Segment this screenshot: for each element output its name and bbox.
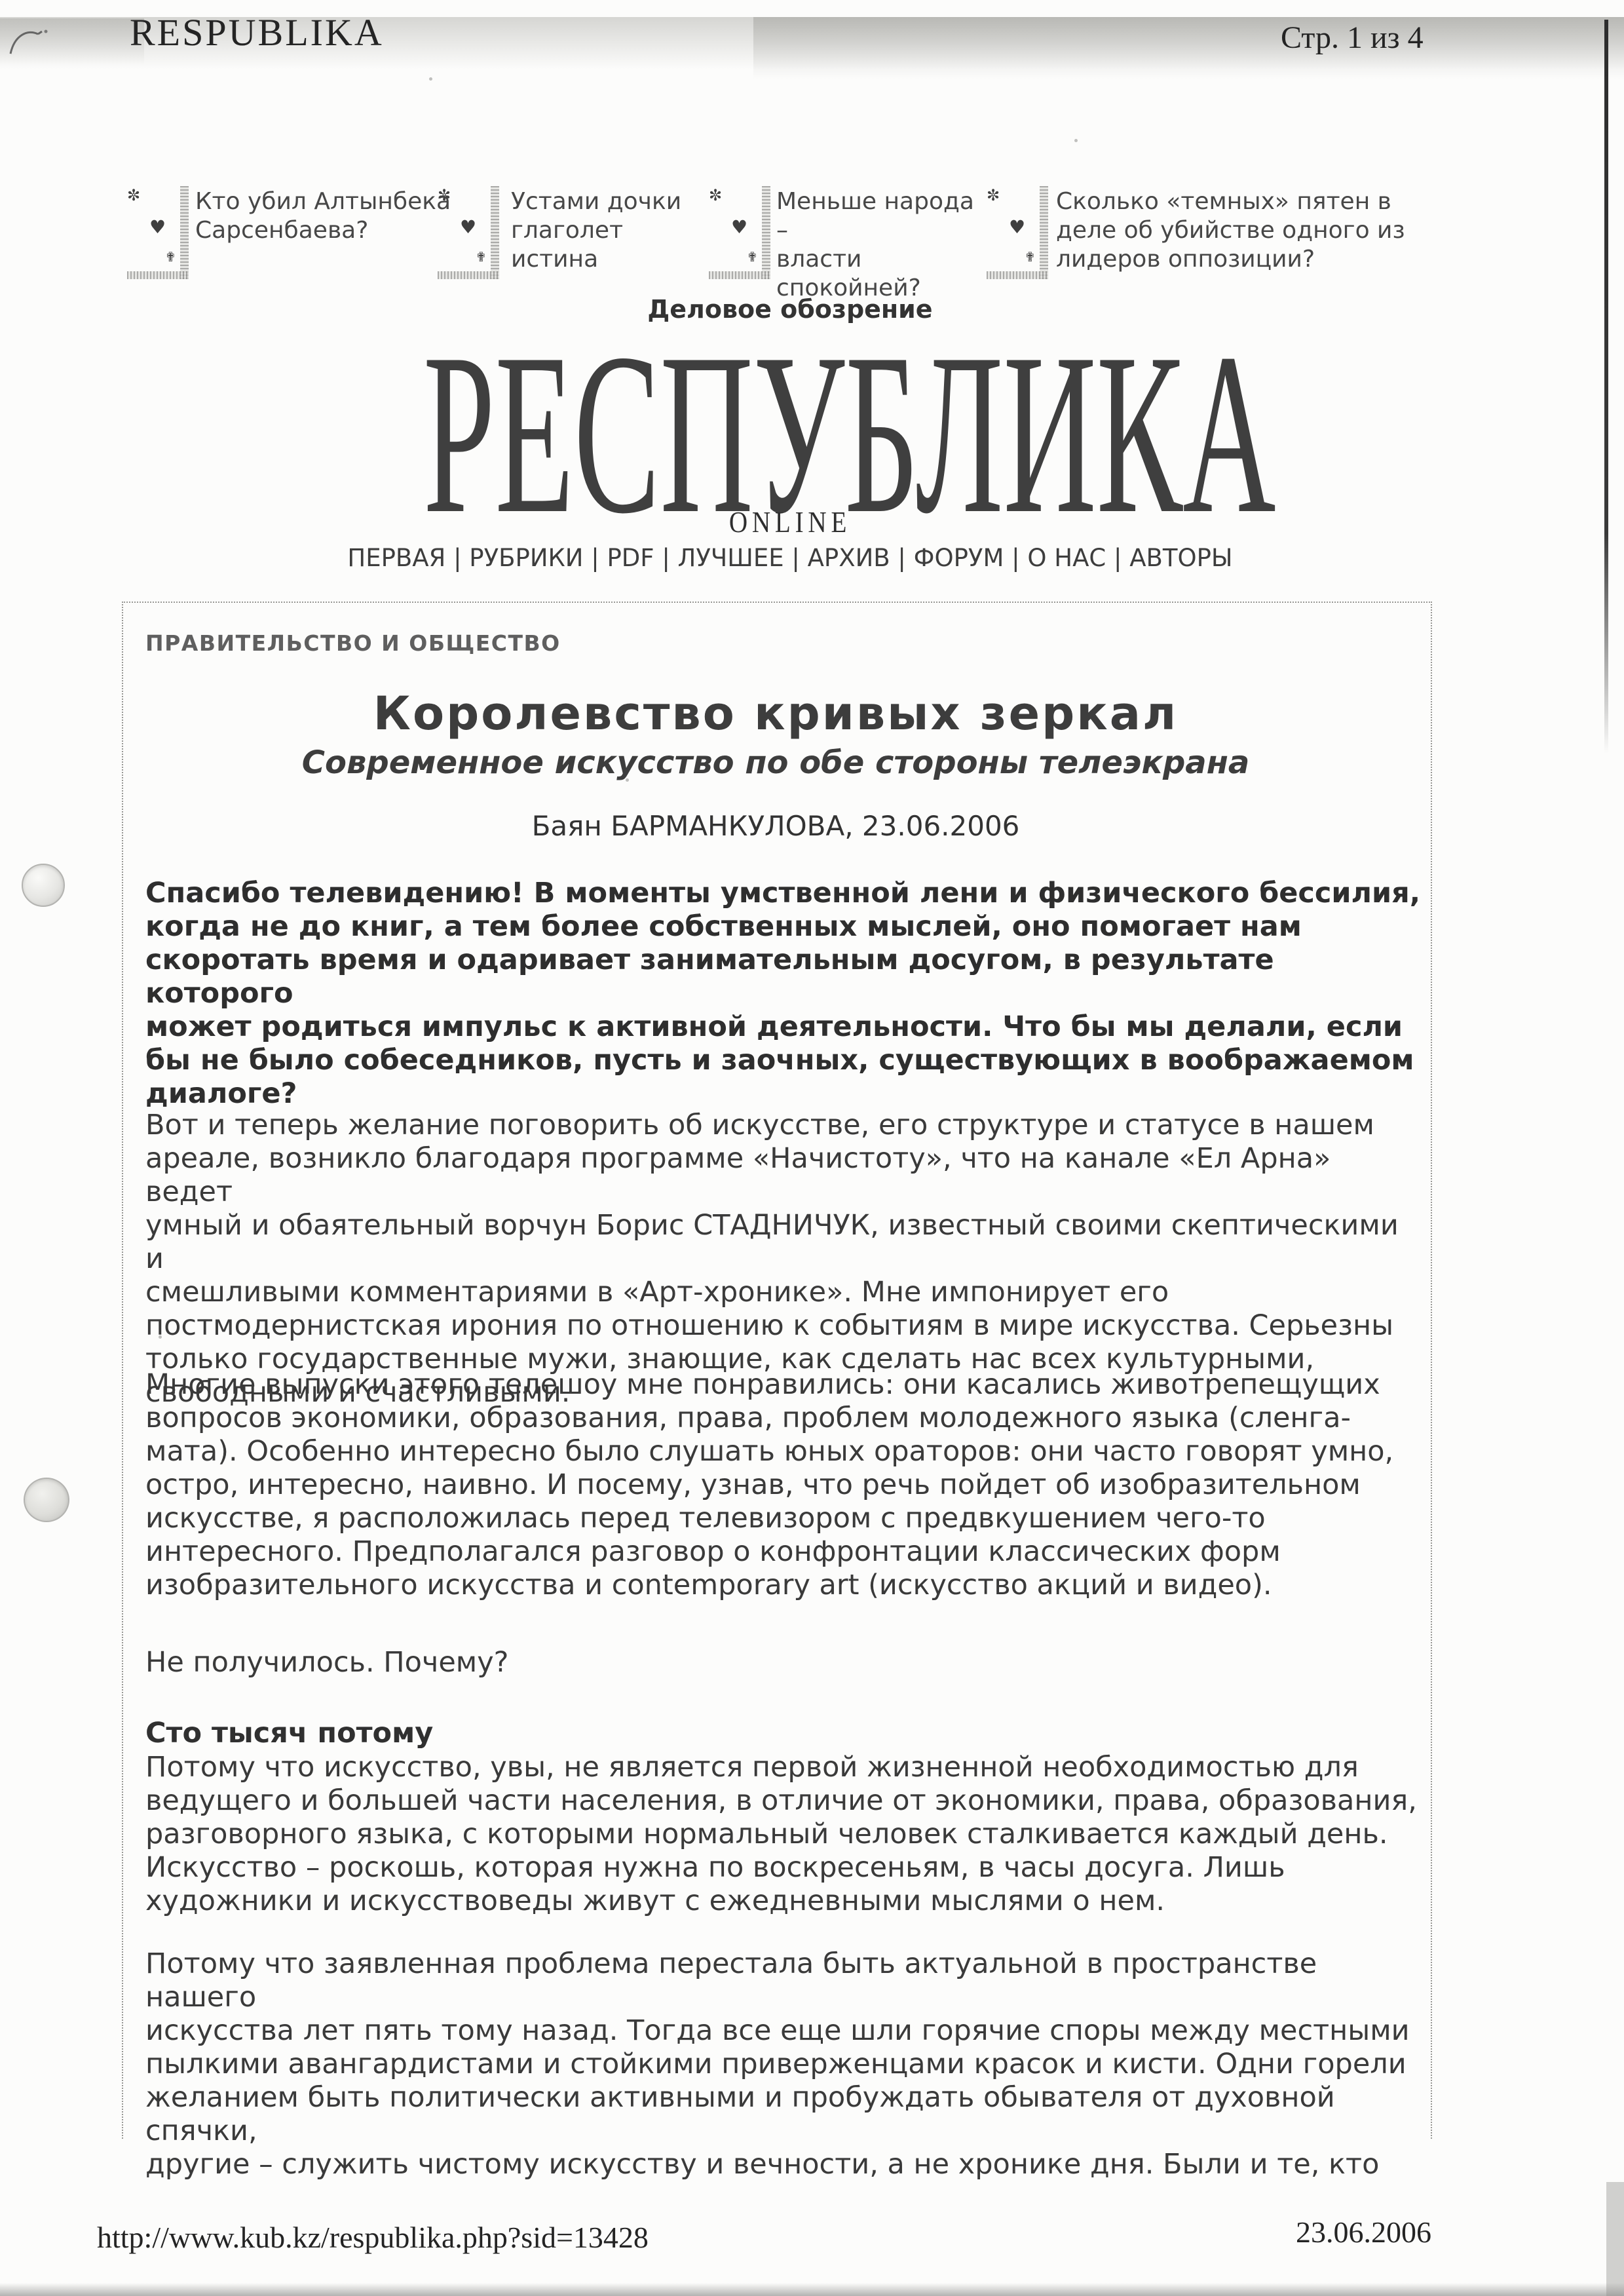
binder-hole bbox=[24, 1478, 69, 1522]
placeholder-cross-icon: ✟ bbox=[1025, 249, 1036, 265]
teaser-link-1: Кто убил Алтынбека Сарсенбаева? bbox=[195, 187, 470, 245]
scan-pen-curl-artifact bbox=[5, 25, 51, 61]
print-footer-date: 23.06.2006 bbox=[1296, 2215, 1431, 2249]
teaser-link-4: Сколько «темных» пятен в деле об убийств… bbox=[1056, 187, 1410, 274]
scan-speck bbox=[1074, 139, 1078, 142]
binder-hole bbox=[22, 864, 65, 907]
teaser-link-3: Меньше народа – власти спокойней? bbox=[776, 187, 992, 303]
placeholder-heart-icon: ♥ bbox=[460, 216, 476, 238]
teaser-image-placeholder-icon: ✼ ♥ ✟ bbox=[705, 186, 770, 279]
placeholder-cross-icon: ✟ bbox=[476, 249, 487, 265]
teaser-image-placeholder-icon: ✼ ♥ ✟ bbox=[434, 186, 499, 279]
article-paragraph: Потому что заявленная проблема перестала… bbox=[145, 1947, 1423, 2181]
article-paragraph: Не получилось. Почему? bbox=[145, 1646, 1423, 1679]
placeholder-heart-icon: ♥ bbox=[1009, 216, 1025, 238]
teaser-link-2: Устами дочки глаголет истина bbox=[511, 187, 721, 274]
scan-edge-band bbox=[1606, 2182, 1624, 2296]
placeholder-star-icon: ✼ bbox=[438, 186, 451, 204]
placeholder-heart-icon: ♥ bbox=[149, 216, 166, 238]
article-paragraph: Потому что искусство, увы, не является п… bbox=[145, 1751, 1423, 1918]
placeholder-border bbox=[762, 186, 770, 279]
placeholder-border bbox=[1040, 186, 1048, 279]
article-category: ПРАВИТЕЛЬСТВО И ОБЩЕСТВО bbox=[145, 630, 561, 656]
masthead-edition-label: ONLINE bbox=[233, 505, 1347, 539]
article-title: Королевство кривых зеркал bbox=[122, 687, 1429, 740]
placeholder-border bbox=[491, 186, 499, 279]
print-footer-url: http://www.kub.kz/respublika.php?sid=134… bbox=[97, 2220, 649, 2255]
placeholder-heart-icon: ♥ bbox=[731, 216, 747, 238]
scanned-page: RESPUBLIKA Стр. 1 из 4 ✼ ♥ ✟ Кто убил Ал… bbox=[0, 0, 1624, 2296]
placeholder-border bbox=[127, 271, 189, 279]
placeholder-star-icon: ✼ bbox=[709, 186, 722, 204]
teaser-image-placeholder-icon: ✼ ♥ ✟ bbox=[123, 186, 189, 279]
placeholder-border bbox=[709, 271, 770, 279]
placeholder-border bbox=[180, 186, 189, 279]
placeholder-cross-icon: ✟ bbox=[747, 249, 758, 265]
print-header-title: RESPUBLIKA bbox=[130, 10, 384, 54]
article-byline: Баян БАРМАНКУЛОВА, 23.06.2006 bbox=[122, 810, 1429, 842]
print-page-indicator: Стр. 1 из 4 bbox=[1281, 20, 1424, 56]
article-subtitle: Современное искусство по обе стороны тел… bbox=[122, 744, 1429, 781]
placeholder-cross-icon: ✟ bbox=[165, 249, 176, 265]
article-paragraph: Вот и теперь желание поговорить об искус… bbox=[145, 1109, 1423, 1409]
scan-noise-band-right bbox=[753, 17, 1624, 79]
article-paragraph: Многие выпуски этого телешоу мне понрави… bbox=[145, 1368, 1423, 1602]
placeholder-border bbox=[438, 271, 499, 279]
scan-speck bbox=[429, 77, 432, 81]
scan-bottom-strip bbox=[0, 2283, 1624, 2296]
masthead-nav: ПЕРВАЯ | РУБРИКИ | PDF | ЛУЧШЕЕ | АРХИВ … bbox=[135, 544, 1445, 572]
article-lead-paragraph: Спасибо телевидению! В моменты умственно… bbox=[145, 877, 1423, 1111]
placeholder-border bbox=[987, 271, 1048, 279]
article-section-heading: Сто тысяч потому bbox=[145, 1717, 1423, 1750]
placeholder-star-icon: ✼ bbox=[127, 186, 140, 204]
placeholder-star-icon: ✼ bbox=[987, 186, 1000, 204]
teaser-image-placeholder-icon: ✼ ♥ ✟ bbox=[983, 186, 1048, 279]
scan-edge-line bbox=[1604, 20, 1608, 754]
